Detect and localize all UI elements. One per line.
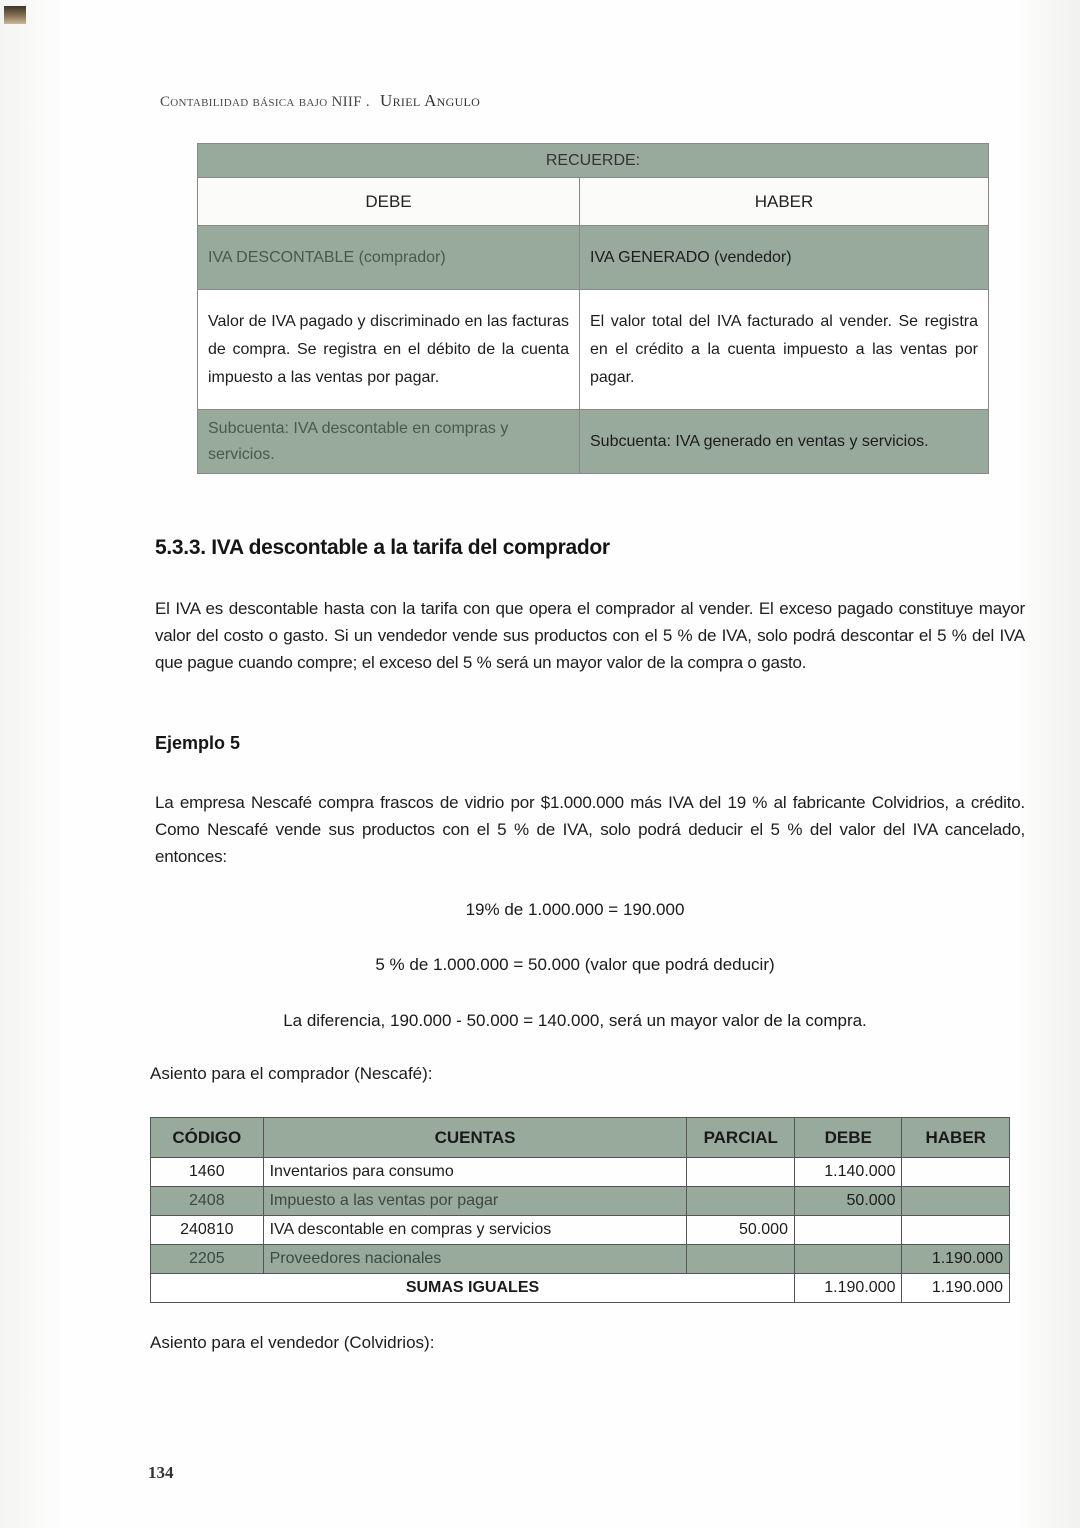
cell-account: IVA descontable en compras y servicios	[263, 1216, 687, 1245]
section-heading: 5.3.3. IVA descontable a la tarifa del c…	[155, 536, 610, 560]
page-number: 134	[148, 1463, 174, 1483]
header-code: CÓDIGO	[151, 1118, 264, 1158]
totals-row: SUMAS IGUALES 1.190.000 1.190.000	[151, 1274, 1010, 1303]
cell-debit	[794, 1245, 902, 1274]
cell-partial	[687, 1245, 795, 1274]
recuerde-header-haber: HABER	[580, 178, 989, 226]
recuerde-cell: IVA GENERADO (vendedor)	[580, 226, 989, 290]
table-row: 240810 IVA descontable en compras y serv…	[151, 1216, 1010, 1245]
example-title: Ejemplo 5	[155, 733, 240, 754]
cell-code: 2205	[151, 1245, 264, 1274]
calculation-line: 19% de 1.000.000 = 190.000	[0, 900, 1080, 920]
total-credit: 1.190.000	[902, 1274, 1010, 1303]
calculation-line: La diferencia, 190.000 - 50.000 = 140.00…	[0, 1011, 1080, 1031]
cell-credit	[902, 1158, 1010, 1187]
example-statement: La empresa Nescafé compra frascos de vid…	[155, 789, 1025, 870]
cell-credit	[902, 1187, 1010, 1216]
header-account: CUENTAS	[263, 1118, 687, 1158]
cell-account: Inventarios para consumo	[263, 1158, 687, 1187]
cell-code: 1460	[151, 1158, 264, 1187]
recuerde-cell: IVA DESCONTABLE (comprador)	[198, 226, 580, 290]
calculation-line: 5 % de 1.000.000 = 50.000 (valor que pod…	[0, 955, 1080, 975]
cell-account: Proveedores nacionales	[263, 1245, 687, 1274]
cell-partial	[687, 1158, 795, 1187]
recuerde-cell: Subcuenta: IVA descontable en compras y …	[198, 410, 580, 474]
recuerde-table: RECUERDE: DEBE HABER IVA DESCONTABLE (co…	[197, 143, 989, 474]
cell-code: 240810	[151, 1216, 264, 1245]
cell-account: Impuesto a las ventas por pagar	[263, 1187, 687, 1216]
seller-entry-label: Asiento para el vendedor (Colvidrios):	[150, 1333, 434, 1353]
cell-partial	[687, 1187, 795, 1216]
buyer-entry-label: Asiento para el comprador (Nescafé):	[150, 1064, 433, 1084]
header-credit: HABER	[902, 1118, 1010, 1158]
section-paragraph: El IVA es descontable hasta con la tarif…	[155, 595, 1025, 676]
table-row: 2205 Proveedores nacionales 1.190.000	[151, 1245, 1010, 1274]
table-row: 2408 Impuesto a las ventas por pagar 50.…	[151, 1187, 1010, 1216]
header-debit: DEBE	[794, 1118, 902, 1158]
cell-partial: 50.000	[687, 1216, 795, 1245]
recuerde-header-debe: DEBE	[198, 178, 580, 226]
cell-code: 2408	[151, 1187, 264, 1216]
scan-corner-mark	[4, 6, 26, 24]
recuerde-cell: Subcuenta: IVA generado en ventas y serv…	[580, 410, 989, 474]
cell-debit	[794, 1216, 902, 1245]
cell-credit	[902, 1216, 1010, 1245]
recuerde-cell: El valor total del IVA facturado al vend…	[580, 290, 989, 410]
recuerde-cell: Valor de IVA pagado y discriminado en la…	[198, 290, 580, 410]
book-title: Contabilidad básica bajo NIIF .	[160, 94, 370, 110]
header-partial: PARCIAL	[687, 1118, 795, 1158]
totals-label: SUMAS IGUALES	[151, 1274, 795, 1303]
running-header: Contabilidad básica bajo NIIF . Uriel An…	[160, 91, 480, 111]
table-row: 1460 Inventarios para consumo 1.140.000	[151, 1158, 1010, 1187]
recuerde-title: RECUERDE:	[198, 144, 989, 178]
cell-debit: 50.000	[794, 1187, 902, 1216]
journal-entry-table: CÓDIGO CUENTAS PARCIAL DEBE HABER 1460 I…	[150, 1117, 1010, 1303]
cell-debit: 1.140.000	[794, 1158, 902, 1187]
cell-credit: 1.190.000	[902, 1245, 1010, 1274]
total-debit: 1.190.000	[794, 1274, 902, 1303]
author-name: Uriel Angulo	[380, 91, 480, 110]
